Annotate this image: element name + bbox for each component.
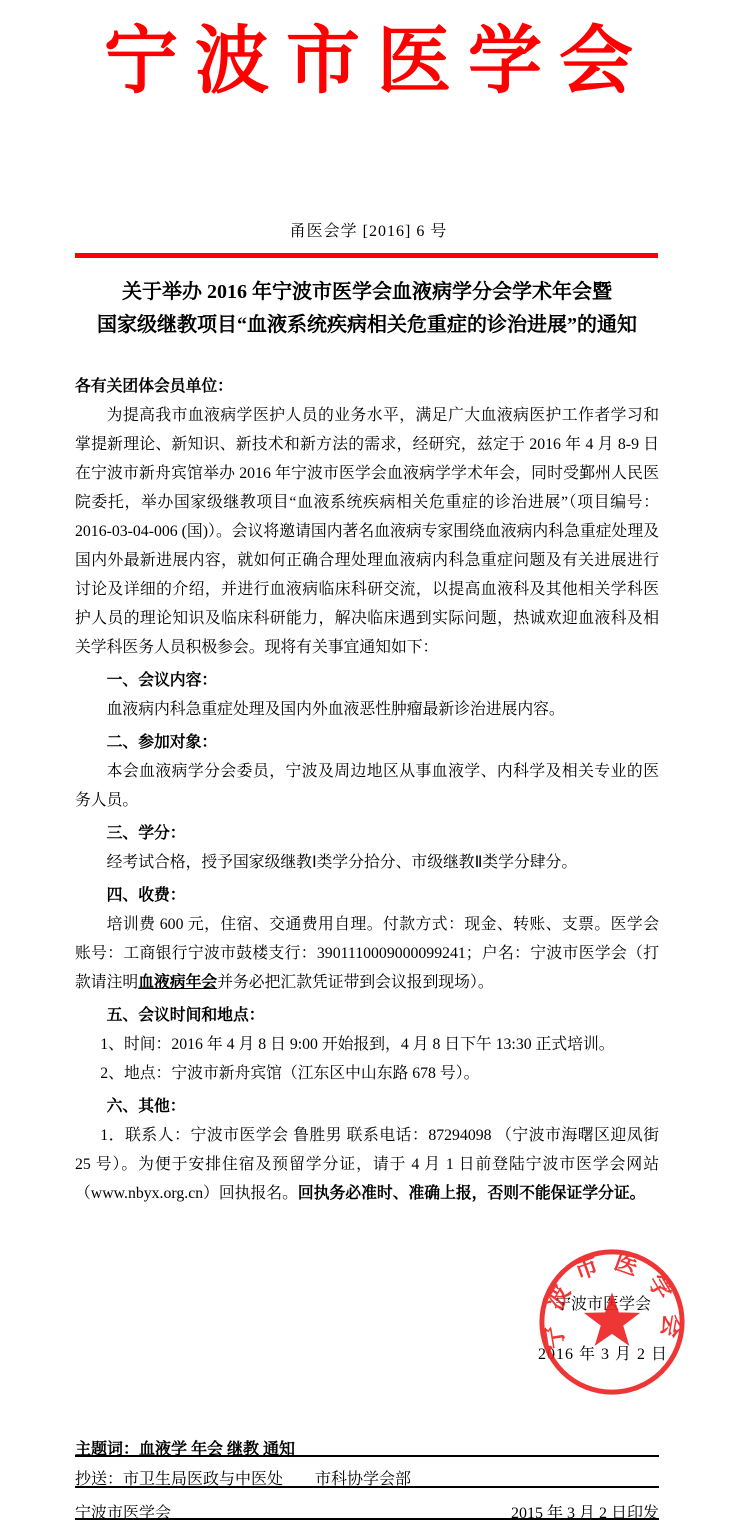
section-4-body-post: 并务必把汇款凭证带到会议报到现场）。 — [217, 974, 493, 991]
footer-cc-row: 抄送：市卫生局医政与中医处 市科协学会部 — [75, 1457, 659, 1488]
section-5-heading: 五、会议时间和地点： — [75, 1001, 659, 1030]
section-2-heading: 二、参加对象： — [75, 728, 659, 757]
issuer-name: 宁波市医学会 — [75, 1500, 171, 1518]
cc-label: 抄送： — [75, 1471, 123, 1488]
cc-value: 市卫生局医政与中医处 市科协学会部 — [123, 1471, 411, 1488]
section-3-body: 经考试合格，授予国家级继教Ⅰ类学分拾分、市级继教Ⅱ类学分肆分。 — [75, 848, 659, 877]
notice-title: 关于举办 2016 年宁波市医学会血液病学分会学术年会暨 国家级继教项目“血液系… — [75, 276, 659, 342]
section-5-item-2: 2、地点：宁波市新舟宾馆（江东区中山东路 678 号）。 — [75, 1059, 659, 1088]
salutation: 各有关团体会员单位： — [75, 372, 659, 401]
document-page: 宁波市医学会 甬医会学 [2016] 6 号 关于举办 2016 年宁波市医学会… — [0, 0, 737, 1539]
section-6-body: 1．联系人：宁波市医学会 鲁胜男 联系电话：87294098 （宁波市海曙区迎凤… — [75, 1121, 659, 1208]
section-2-body: 本会血液病学分会委员，宁波及周边地区从事血液学、内科学及相关专业的医务人员。 — [75, 757, 659, 815]
red-divider-line — [75, 253, 658, 258]
keywords-value: 血液学 年会 继教 通知 — [139, 1441, 295, 1458]
intro-paragraph: 为提高我市血液病学医护人员的业务水平，满足广大血液病医护工作者学习和掌提新理论、… — [75, 401, 659, 662]
keywords-label: 主题词： — [75, 1441, 139, 1458]
section-1-heading: 一、会议内容： — [75, 666, 659, 695]
signature-date: 2016 年 3 月 2 日 — [522, 1341, 684, 1364]
print-date: 2015 年 3 月 2 日印发 — [511, 1500, 659, 1518]
emphasis-underlined-text: 血液病年会 — [138, 974, 217, 991]
section-1-body: 血液病内科急重症处理及国内外血液恶性肿瘤最新诊治进展内容。 — [75, 695, 659, 724]
section-4-heading: 四、收费： — [75, 881, 659, 910]
section-6-bold-note: 回执务必准时、准确上报，否则不能保证学分证。 — [298, 1185, 646, 1202]
footer-keywords-row: 主题词：血液学 年会 继教 通知 — [75, 1436, 659, 1457]
notice-title-line2: 国家级继教项目“血液系统疾病相关危重症的诊治进展”的通知 — [75, 309, 659, 342]
notice-title-line1: 关于举办 2016 年宁波市医学会血液病学分会学术年会暨 — [75, 276, 659, 309]
section-4-body: 培训费 600 元，住宿、交通费用自理。付款方式：现金、转账、支票。医学会账号：… — [75, 910, 659, 997]
notice-body: 各有关团体会员单位： 为提高我市血液病学医护人员的业务水平，满足广大血液病医护工… — [75, 372, 659, 1208]
section-3-heading: 三、学分： — [75, 819, 659, 848]
signature-org: 宁波市医学会 — [522, 1291, 684, 1314]
footer-issuer-row: 宁波市医学会 2015 年 3 月 2 日印发 — [75, 1488, 659, 1520]
footer-block: 主题词：血液学 年会 继教 通知 抄送：市卫生局医政与中医处 市科协学会部 宁波… — [75, 1436, 659, 1520]
section-5-item-1: 1、时间：2016 年 4 月 8 日 9:00 开始报到，4 月 8 日下午 … — [75, 1030, 659, 1059]
document-number: 甬医会学 [2016] 6 号 — [0, 218, 737, 241]
signature-block: 宁波市医学会 2016 年 3 月 2 日 — [522, 1291, 684, 1364]
section-6-heading: 六、其他： — [75, 1092, 659, 1121]
org-header-title: 宁波市医学会 — [0, 12, 737, 112]
